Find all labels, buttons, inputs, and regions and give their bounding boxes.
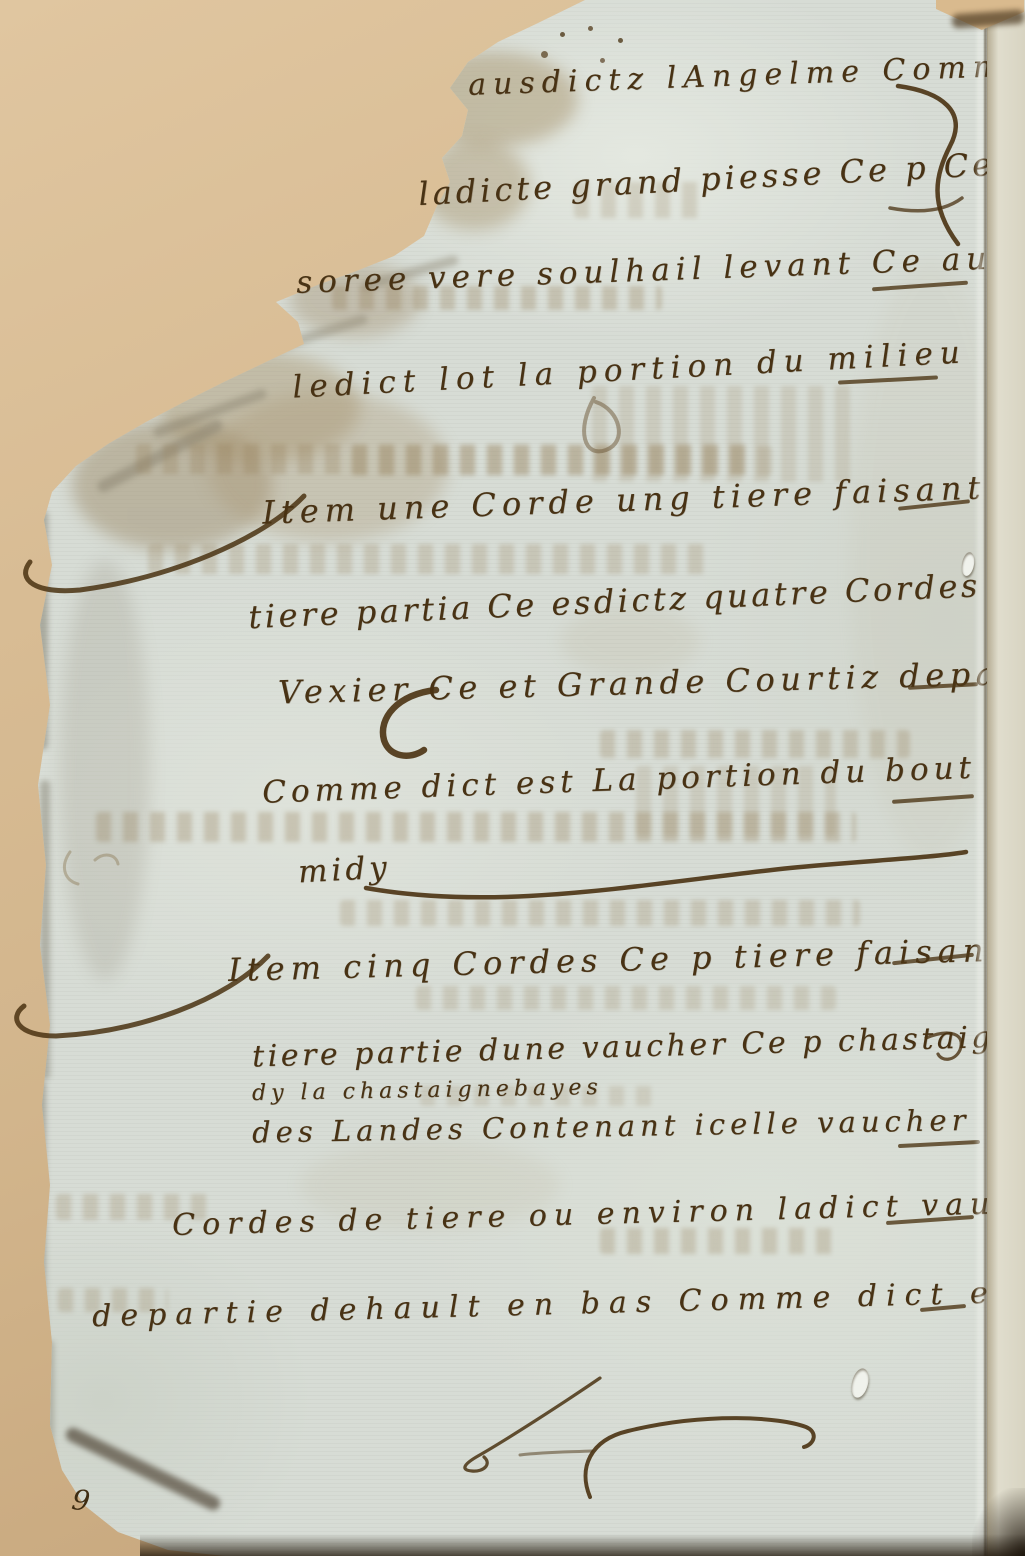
fold-highlight [977,0,983,1556]
ghost-text-mark [416,986,836,1010]
paper-stain [60,560,150,980]
next-page-edge [987,0,1025,1556]
ghost-text-mark [600,1228,840,1254]
manuscript-photo: ausdictz lAngelme Comme ladicte grand pi… [0,0,1025,1556]
ghost-text-mark [148,544,708,574]
bottom-edge-shadow [140,1534,1025,1556]
ghost-text-mark [352,446,772,476]
handwritten-line: midy [297,850,391,891]
bottom-right-shadow [972,1488,1025,1556]
fold-crease [984,0,987,1556]
ink-specks [560,32,565,37]
ghost-text-mark [340,900,860,926]
